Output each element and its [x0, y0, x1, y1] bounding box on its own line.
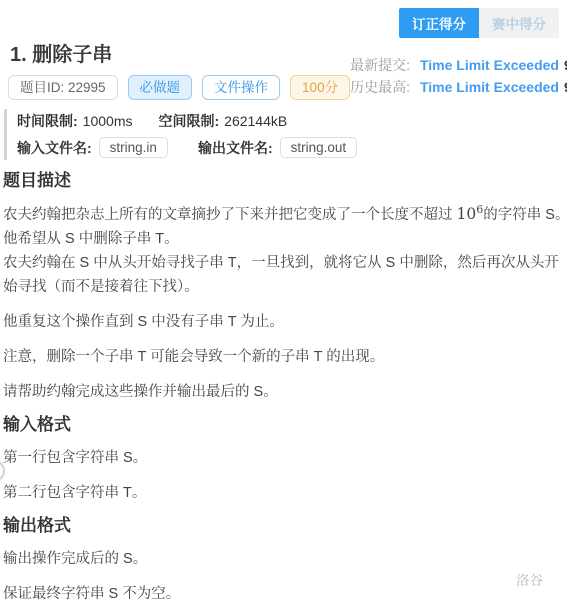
tag-full-score: 100分 [290, 75, 350, 100]
score-tabs: 订正得分 赛中得分 [3, 8, 559, 38]
best-submission-row: 历史最高:Time Limit Exceeded90 分 [350, 76, 567, 98]
time-limit-label: 时间限制: [17, 111, 78, 131]
description-p1-line3: 农夫约翰在 S 中从头开始寻找子串 T，一旦找到，就将它从 S 中删除，然后再次… [3, 255, 559, 271]
latest-submission-status-link[interactable]: Time Limit Exceeded [420, 57, 559, 73]
description-paragraph-4: 请帮助约翰完成这些操作并输出最后的 S。 [3, 380, 559, 404]
description-p1-line2: 他希望从 S 中删除子串 T。 [3, 231, 179, 247]
latest-submission-label: 最新提交: [350, 57, 410, 73]
section-heading-description: 题目描述 [3, 172, 559, 190]
output-format-paragraph-2: 保证最终字符串 S 不为空。 [3, 582, 559, 600]
tag-list: 题目ID: 22995 必做题 文件操作 100分 [8, 75, 350, 100]
problem-page: 订正得分 赛中得分 1. 删除子串 题目ID: 22995 必做题 文件操作 1… [0, 0, 567, 600]
memory-limit-value: 262144kB [224, 113, 287, 129]
description-paragraph-1: 农夫约翰把杂志上所有的文章摘抄了下来并把它变成了一个长度不超过 106的字符串 … [3, 202, 559, 299]
best-submission-status-link[interactable]: Time Limit Exceeded [420, 79, 559, 95]
tag-file-io: 文件操作 [202, 75, 280, 100]
limits-row-files: 输入文件名: string.in 输出文件名: string.out [17, 137, 559, 158]
output-filename-chip: string.out [280, 137, 358, 158]
math-expression: 106 [457, 205, 484, 223]
input-format-paragraph-2: 第二行包含字符串 T。 [3, 481, 559, 505]
tab-contest-score[interactable]: 赛中得分 [479, 8, 559, 38]
latest-submission-row: 最新提交:Time Limit Exceeded90 分 [350, 54, 567, 76]
output-format-paragraph-1: 输出操作完成后的 S。 [3, 547, 559, 571]
problem-header: 1. 删除子串 题目ID: 22995 必做题 文件操作 100分 最新提交:T… [3, 44, 559, 100]
input-filename-chip: string.in [99, 137, 168, 158]
description-p1-text-before-math: 农夫约翰把杂志上所有的文章摘抄了下来并把它变成了一个长度不超过 [3, 207, 457, 223]
section-heading-output-format: 输出格式 [3, 517, 559, 535]
memory-limit-label: 空间限制: [158, 111, 219, 131]
description-p1-line4: 始寻找（而不是接着往下找）。 [3, 279, 199, 295]
input-format-paragraph-1: 第一行包含字符串 S。 [3, 446, 559, 470]
time-limit-value: 1000ms [83, 113, 133, 129]
description-p1-text-after-math: 的字符串 S。 [483, 207, 567, 223]
input-file-label: 输入文件名: [17, 138, 92, 158]
description-paragraph-2: 他重复这个操作直到 S 中没有子串 T 为止。 [3, 310, 559, 334]
description-paragraph-3: 注意，删除一个子串 T 可能会导致一个新的子串 T 的出现。 [3, 345, 559, 369]
tag-problem-id: 题目ID: 22995 [8, 75, 118, 100]
tag-required-problem: 必做题 [128, 75, 193, 100]
math-base: 10 [457, 205, 477, 223]
best-submission-label: 历史最高: [350, 79, 410, 95]
output-file-label: 输出文件名: [198, 138, 273, 158]
luogu-watermark: 洛谷 [516, 569, 543, 589]
problem-title: 1. 删除子串 [10, 44, 350, 66]
limits-box: 时间限制: 1000ms 空间限制: 262144kB 输入文件名: strin… [4, 109, 559, 160]
header-left: 1. 删除子串 题目ID: 22995 必做题 文件操作 100分 [3, 44, 350, 100]
submission-results: 最新提交:Time Limit Exceeded90 分 历史最高:Time L… [350, 54, 567, 100]
section-heading-input-format: 输入格式 [3, 416, 559, 434]
tab-corrected-score[interactable]: 订正得分 [399, 8, 479, 38]
limits-row-time-memory: 时间限制: 1000ms 空间限制: 262144kB [17, 111, 559, 131]
